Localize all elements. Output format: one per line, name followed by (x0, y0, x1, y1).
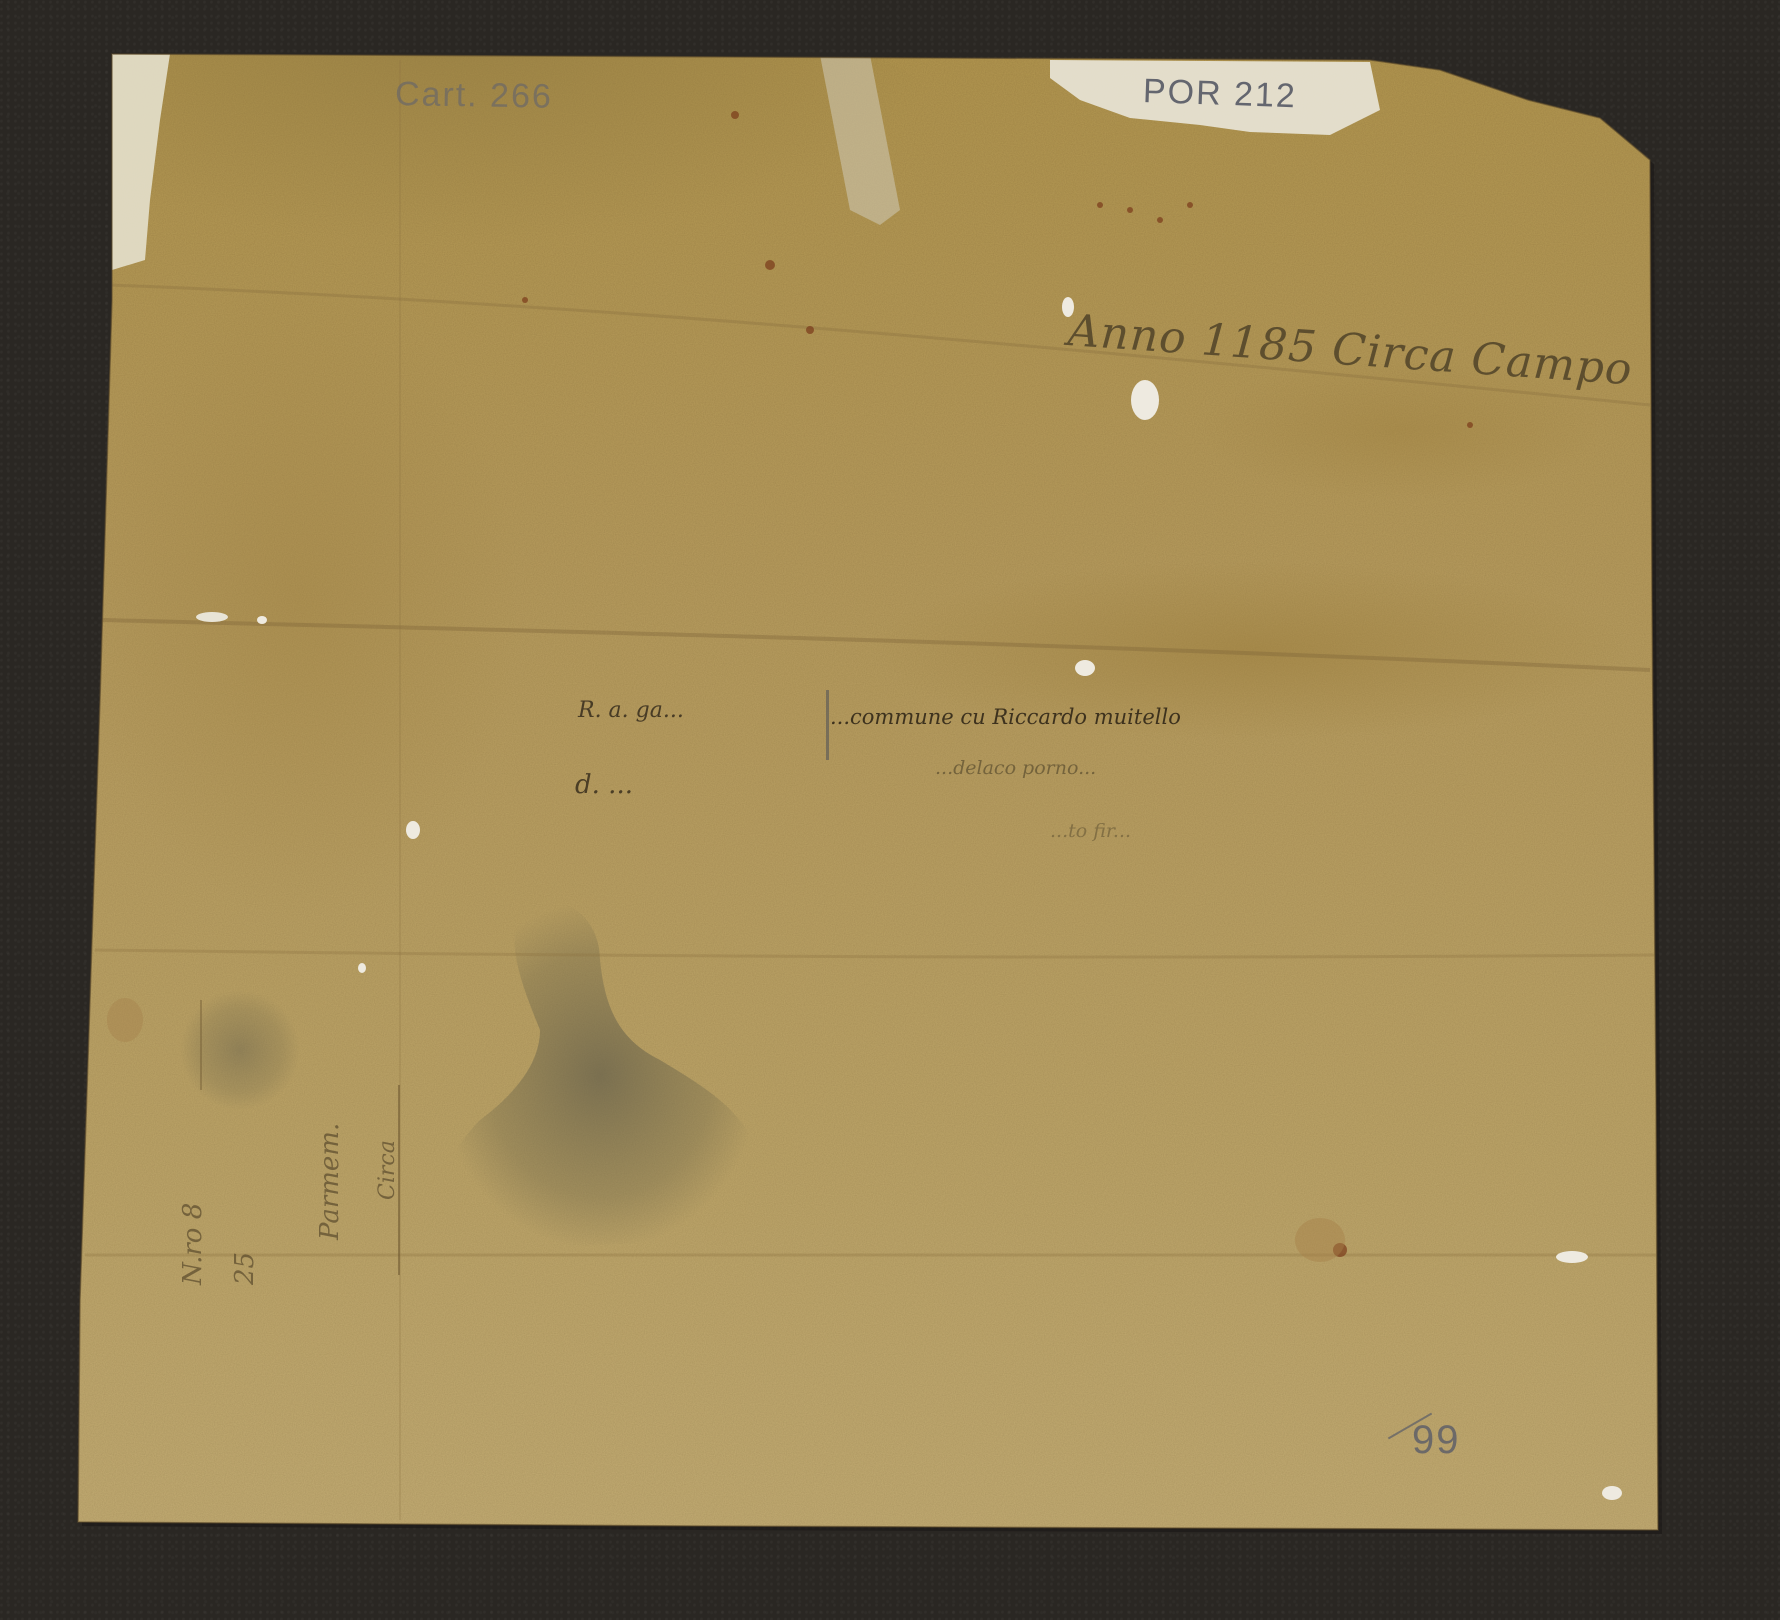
margin-note-col-1: N.ro 8 (178, 1203, 208, 1285)
parchment-document: Cart. 266 POR 212 Anno 1185 Circa Campo … (0, 0, 1780, 1620)
dorsal-text-line-3: ...delaco porno... (935, 757, 1096, 779)
pencil-stroke-mark (826, 690, 829, 760)
cart-number-label: Cart. 266 (395, 75, 554, 117)
folio-number: 99 (1412, 1418, 1461, 1463)
margin-note-col-4: Circa (375, 1140, 400, 1200)
margin-note-col-2: 25 (230, 1252, 260, 1285)
dorsal-text-line-4: d. ... (575, 770, 633, 800)
margin-note-col-3: Parmem. (315, 1123, 345, 1240)
dorsal-text-line-5: ...to fir... (1050, 820, 1131, 842)
dorsal-text-line-2: ...commune cu Riccardo muitello (830, 705, 1181, 729)
margin-rule-short (200, 1000, 202, 1090)
dorsal-text-line-1: R. a. ga... (578, 698, 684, 723)
parchment-sheet (0, 0, 1780, 1620)
shelfmark-label: POR 212 (1142, 72, 1297, 116)
